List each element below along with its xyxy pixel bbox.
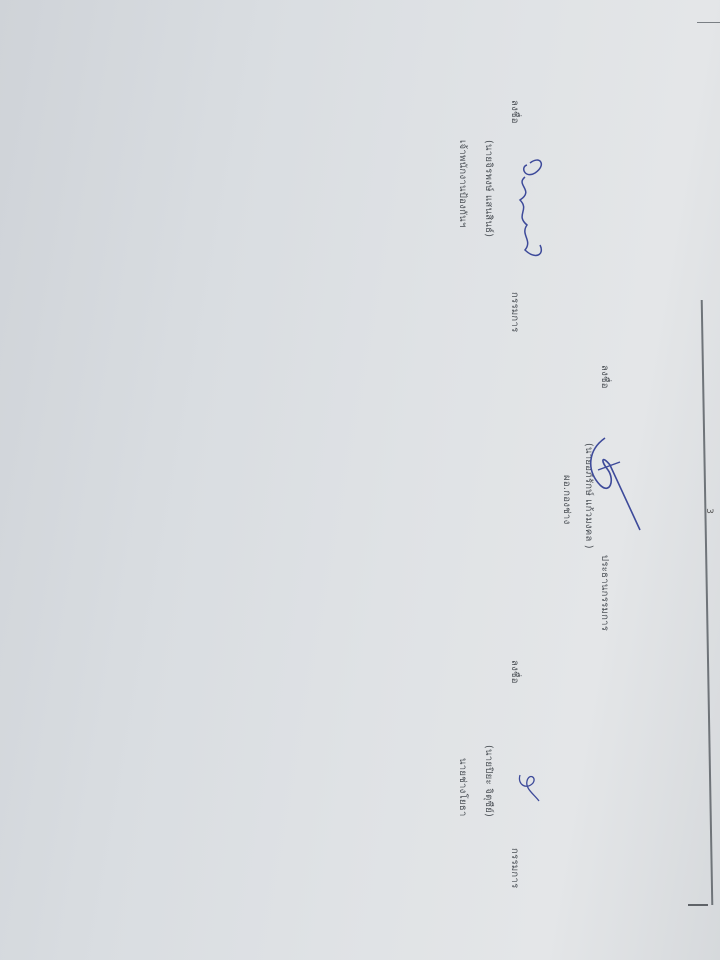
- paper-edge: [697, 22, 720, 23]
- signatory-3-position: นายช่างโยธา: [455, 758, 470, 817]
- signatory-3-role: กรรมการ: [507, 848, 522, 889]
- scanned-document-page: 3 ลงชื่อ (นายอภิรักษ์ แก้วมงคล ) ผอ.กองช…: [0, 0, 720, 960]
- signatory-2-prefix: ลงชื่อ: [507, 100, 522, 124]
- paper-edge: [688, 904, 708, 906]
- paper-edge: [701, 300, 714, 905]
- signatory-2-role: กรรมการ: [507, 292, 522, 333]
- signatory-2-name: (นายจิรพงษ์ แสนสินธ์): [481, 140, 496, 237]
- signatory-1-prefix: ลงชื่อ: [597, 365, 612, 389]
- signatory-1-position: ผอ.กองช่าง: [559, 475, 574, 525]
- signatory-3-prefix: ลงชื่อ: [507, 660, 522, 684]
- signatory-2-position: เจ้าพนักงานป้องกันฯ: [455, 140, 470, 228]
- signatory-1-role: ประธานกรรมการ: [597, 555, 612, 631]
- signatory-3-name: (นายปิยะ จิตุซีย์): [481, 745, 496, 817]
- page-number: 3: [704, 508, 714, 514]
